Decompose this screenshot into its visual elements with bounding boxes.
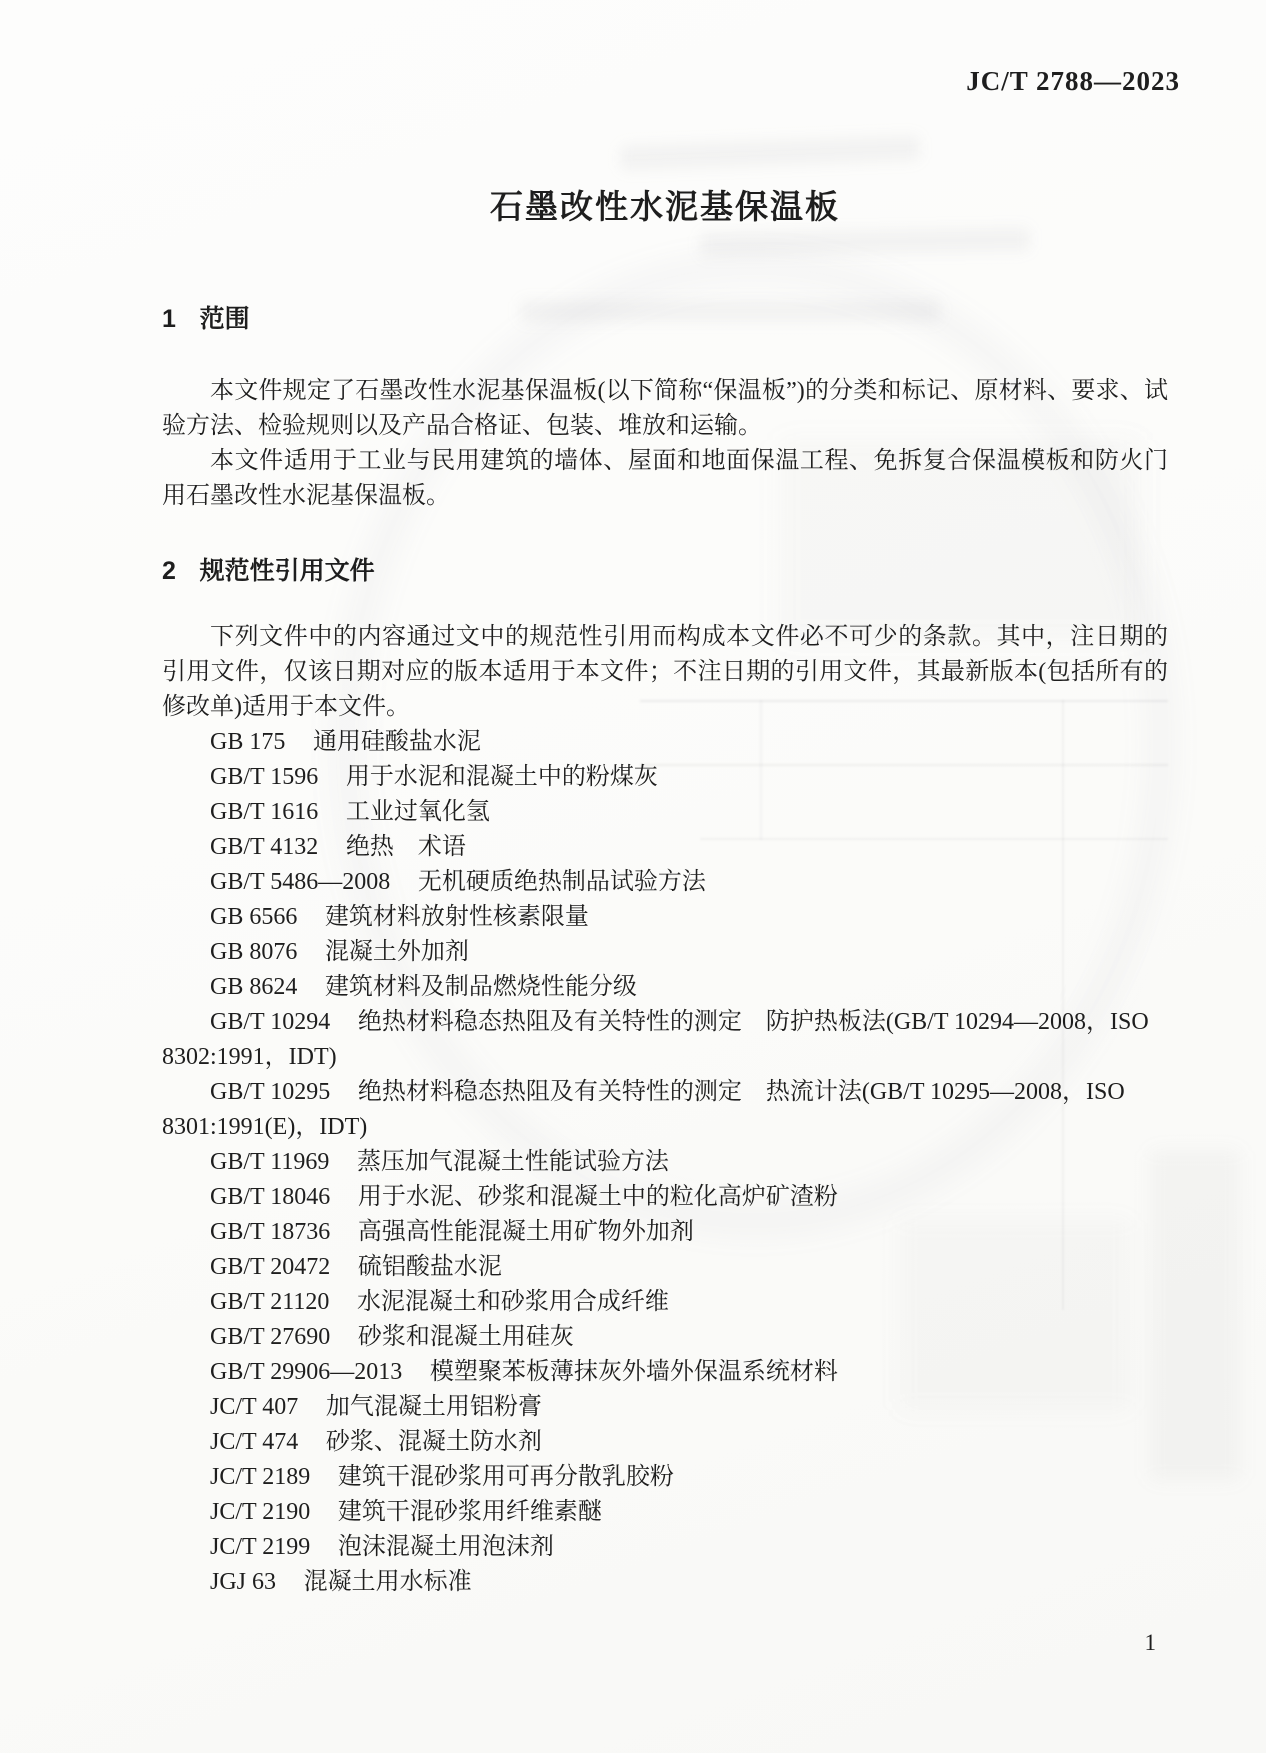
reference-code: GB/T 29906—2013 (210, 1359, 402, 1385)
reference-item: GB/T 18046用于水泥、砂浆和混凝土中的粒化高炉矿渣粉 (162, 1180, 1168, 1215)
reference-code: GB/T 11969 (210, 1149, 329, 1175)
section-number: 2 (162, 556, 176, 586)
reference-code: JC/T 407 (210, 1394, 298, 1420)
reference-item: JGJ 63混凝土用水标准 (162, 1565, 1168, 1600)
reference-item: GB/T 21120水泥混凝土和砂浆用合成纤维 (162, 1285, 1168, 1320)
reference-item: GB/T 20472硫铝酸盐水泥 (162, 1250, 1168, 1285)
reference-item: GB/T 4132绝热 术语 (162, 830, 1168, 865)
document-title: 石墨改性水泥基保温板 (162, 181, 1168, 228)
section-number: 1 (162, 304, 176, 334)
reference-item: GB/T 10295绝热材料稳态热阻及有关特性的测定 热流计法(GB/T 102… (162, 1075, 1168, 1145)
reference-title: 蒸压加气混凝土性能试验方法 (357, 1149, 669, 1175)
reference-title: 无机硬质绝热制品试验方法 (418, 869, 706, 895)
reference-code: GB 8624 (210, 974, 297, 1000)
reference-item: GB 8076混凝土外加剂 (162, 935, 1168, 970)
reference-title: 用于水泥和混凝土中的粉煤灰 (346, 764, 658, 790)
reference-title: 建筑材料放射性核素限量 (325, 904, 589, 930)
section-heading-normative-references: 2规范性引用文件 (162, 556, 1168, 586)
reference-title: 砂浆和混凝土用硅灰 (358, 1324, 574, 1350)
reference-code: GB 6566 (210, 904, 297, 930)
reference-code: GB/T 1616 (210, 799, 318, 825)
reference-code: GB/T 4132 (210, 834, 318, 860)
reference-item: GB/T 10294绝热材料稳态热阻及有关特性的测定 防护热板法(GB/T 10… (162, 1005, 1168, 1075)
reference-code: GB/T 10294 (210, 1009, 330, 1035)
reference-code: GB 175 (210, 729, 285, 755)
reference-list: GB 175通用硅酸盐水泥 GB/T 1596用于水泥和混凝土中的粉煤灰 GB/… (162, 725, 1168, 1600)
reference-code: GB 8076 (210, 939, 297, 965)
reference-code: JC/T 2199 (210, 1534, 310, 1560)
reference-code: JC/T 474 (210, 1429, 298, 1455)
reference-code: GB/T 18736 (210, 1219, 330, 1245)
reference-item: GB/T 29906—2013模塑聚苯板薄抹灰外墙外保温系统材料 (162, 1355, 1168, 1390)
reference-title: 建筑材料及制品燃烧性能分级 (325, 974, 637, 1000)
reference-code: GB/T 21120 (210, 1289, 329, 1315)
reference-item: GB/T 11969蒸压加气混凝土性能试验方法 (162, 1145, 1168, 1180)
reference-code: JGJ 63 (210, 1569, 276, 1595)
reference-title: 砂浆、混凝土防水剂 (326, 1429, 542, 1455)
reference-item: GB/T 27690砂浆和混凝土用硅灰 (162, 1320, 1168, 1355)
reference-item: JC/T 474砂浆、混凝土防水剂 (162, 1425, 1168, 1460)
reference-code: GB/T 10295 (210, 1079, 330, 1105)
standard-code: JC/T 2788—2023 (162, 66, 1180, 97)
reference-item: JC/T 2190建筑干混砂浆用纤维素醚 (162, 1495, 1168, 1530)
reference-title: 建筑干混砂浆用纤维素醚 (338, 1499, 602, 1525)
reference-title: 硫铝酸盐水泥 (358, 1254, 502, 1280)
page-number: 1 (1145, 1630, 1157, 1656)
reference-item: GB/T 1596用于水泥和混凝土中的粉煤灰 (162, 760, 1168, 795)
reference-title: 绝热 术语 (346, 834, 466, 860)
reference-item: GB/T 1616工业过氧化氢 (162, 795, 1168, 830)
reference-title: 加气混凝土用铝粉膏 (326, 1394, 542, 1420)
page-content: JC/T 2788—2023 石墨改性水泥基保温板 1范围 本文件规定了石墨改性… (162, 0, 1168, 1600)
reference-title: 工业过氧化氢 (346, 799, 490, 825)
scope-paragraph: 本文件适用于工业与民用建筑的墙体、屋面和地面保温工程、免拆复合保温模板和防火门用… (162, 444, 1168, 514)
reference-title: 高强高性能混凝土用矿物外加剂 (358, 1219, 694, 1245)
reference-item: GB 175通用硅酸盐水泥 (162, 725, 1168, 760)
reference-title: 泡沫混凝土用泡沫剂 (338, 1534, 554, 1560)
document-page: JC/T 2788—2023 石墨改性水泥基保温板 1范围 本文件规定了石墨改性… (0, 0, 1266, 1753)
section-label: 规范性引用文件 (200, 556, 375, 586)
reference-item: JC/T 2189建筑干混砂浆用可再分散乳胶粉 (162, 1460, 1168, 1495)
section-heading-scope: 1范围 (162, 304, 1168, 334)
references-intro-paragraph: 下列文件中的内容通过文中的规范性引用而构成本文件必不可少的条款。其中，注日期的引… (162, 620, 1168, 725)
reference-item: GB/T 18736高强高性能混凝土用矿物外加剂 (162, 1215, 1168, 1250)
reference-title: 通用硅酸盐水泥 (313, 729, 481, 755)
reference-title: 用于水泥、砂浆和混凝土中的粒化高炉矿渣粉 (358, 1184, 838, 1210)
reference-item: JC/T 2199泡沫混凝土用泡沫剂 (162, 1530, 1168, 1565)
reference-title: 混凝土用水标准 (304, 1569, 472, 1595)
reference-item: GB 6566建筑材料放射性核素限量 (162, 900, 1168, 935)
reference-code: GB/T 20472 (210, 1254, 330, 1280)
reference-code: JC/T 2190 (210, 1499, 310, 1525)
reference-title: 水泥混凝土和砂浆用合成纤维 (357, 1289, 669, 1315)
reference-title: 混凝土外加剂 (325, 939, 469, 965)
reference-code: GB/T 27690 (210, 1324, 330, 1350)
section-label: 范围 (200, 304, 250, 334)
reference-item: GB/T 5486—2008无机硬质绝热制品试验方法 (162, 865, 1168, 900)
reference-item: GB 8624建筑材料及制品燃烧性能分级 (162, 970, 1168, 1005)
reference-title: 建筑干混砂浆用可再分散乳胶粉 (338, 1464, 674, 1490)
reference-item: JC/T 407加气混凝土用铝粉膏 (162, 1390, 1168, 1425)
reference-code: GB/T 18046 (210, 1184, 330, 1210)
scope-paragraph: 本文件规定了石墨改性水泥基保温板(以下简称“保温板”)的分类和标记、原材料、要求… (162, 374, 1168, 444)
reference-code: JC/T 2189 (210, 1464, 310, 1490)
reference-code: GB/T 1596 (210, 764, 318, 790)
reference-code: GB/T 5486—2008 (210, 869, 390, 895)
reference-title: 模塑聚苯板薄抹灰外墙外保温系统材料 (430, 1359, 838, 1385)
